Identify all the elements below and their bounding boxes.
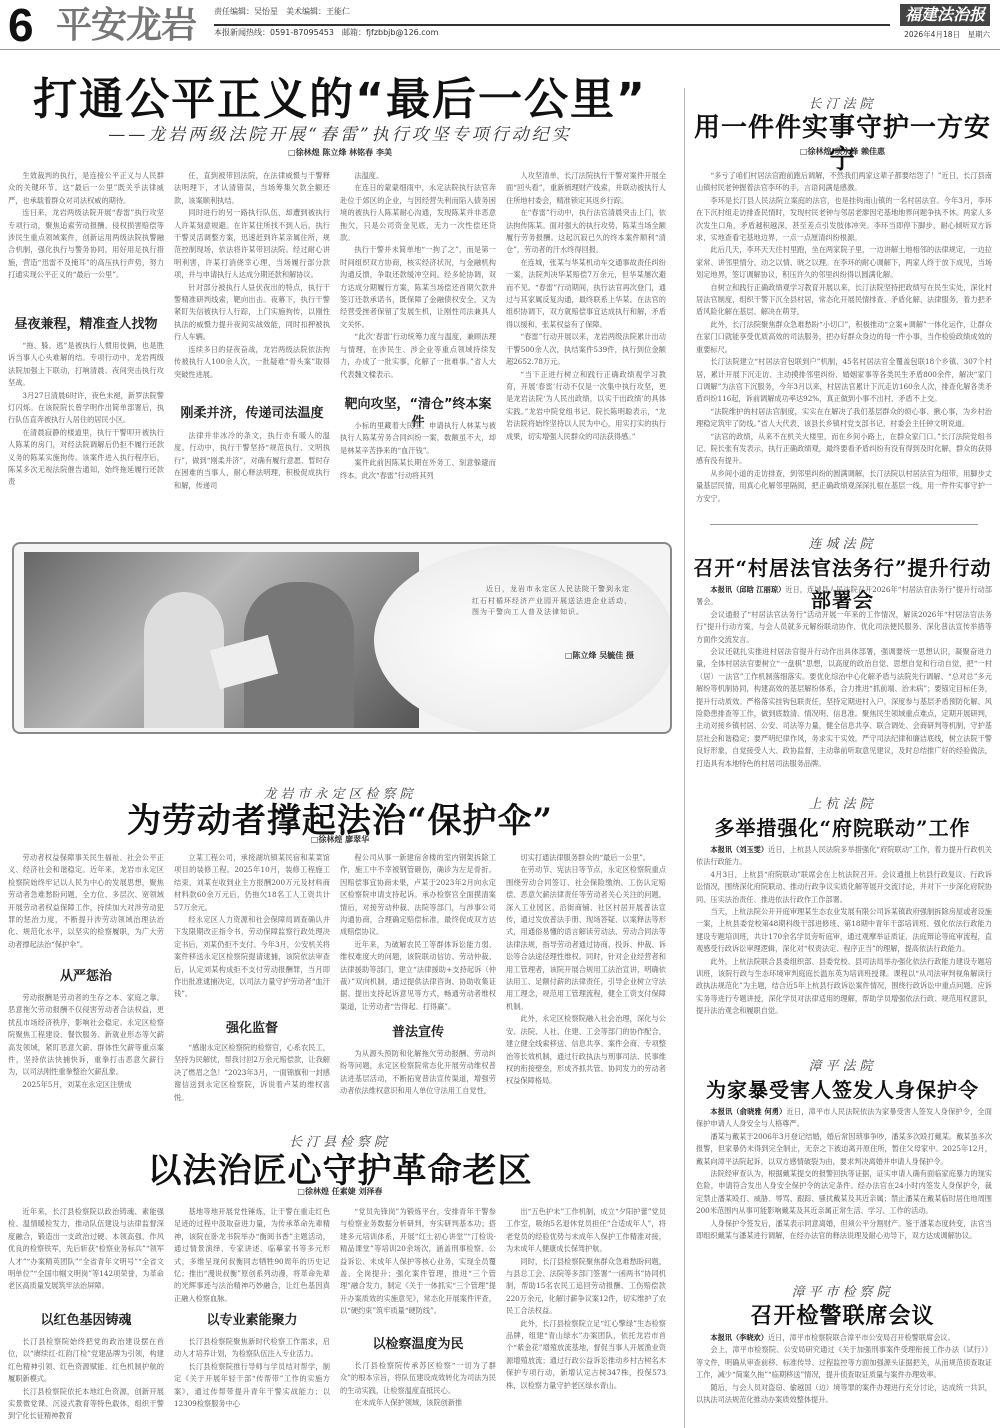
lead-subheadline: ——龙岩两级法院开展“春雷”执行攻坚专项行动纪实: [0, 124, 680, 146]
lead-subhead-2: 刚柔并济，传递司法温度: [174, 405, 330, 423]
sidebar-story-5-headline: 召开检警联席会议: [690, 1300, 995, 1332]
sidebar-story-1-byline: □徐林煌 项永锋 赖佳惠: [690, 146, 995, 158]
changting-proc-col-2: 基地等地开展党性锤炼，让干警在重走红色足迹的过程中汲取奋进力量，为传承革命先辈精…: [174, 1206, 330, 1306]
paragraph: “春雷”行动开展以来，龙岩两级法院累计出动干警500余人次，执结案件539件，执…: [506, 331, 666, 368]
yongding-subhead-2: 强化监督: [174, 1020, 330, 1038]
editors-line: 责任编辑：吴怡星 美术编辑：王能仁: [214, 6, 350, 18]
paragraph: 随后，与会人员对盗窃、偷越国（边）境等罪的案件办理进行充分讨论，达成统一共识，以…: [696, 1382, 992, 1407]
paragraph: “当下正进行树立和践行正确政绩观学习教育，开展‘春雷’行动不仅是一次集中执行攻坚…: [506, 369, 666, 443]
paragraph: 从乡间小道的走访排查，到邻里纠纷的圆满调解，长汀法院以村居法官为纽带，用脚步丈量…: [696, 468, 992, 505]
paragraph: “法院维护的村居法官制度，实实在在解决了我们基层群众的烦心事、揪心事，为乡村治理…: [696, 406, 992, 431]
paragraph: 长汀县检察院始终把党的政治建设摆在首位，以“赓续红·红韵汀检”党建品牌为引领，构…: [8, 1336, 164, 1386]
sidebar-story-1-body: “多亏了咱们村居法官跑前跑后调解，不然我们两家这辈子都要结怨了！”近日，长汀县南…: [696, 170, 992, 510]
lead-label: 本报讯（邱晗 江丽琼）: [710, 585, 785, 594]
paragraph: 出“五色护未”工作机制，成立“夕阳护蕾”党员工作室，吸纳5名退休党员担任“合适成…: [506, 1206, 666, 1256]
paragraph: 长汀县检察院传承苏区检察“一切为了群众”的根本宗旨，将队伍建设成效转化为司法为民…: [340, 1360, 496, 1397]
paragraph: 此外，永定区检察院融入社会治理，深化与公安、法院、人社、住建、工会等部门的协作配…: [506, 1013, 666, 1087]
yongding-col-1b: 劳动报酬是劳动者的生存之本、家庭之靠。恶意拖欠劳动报酬不仅侵害劳动者合法权益，更…: [8, 992, 164, 1102]
sidebar-story-2-body: 本报讯（邱晗 江丽琼）近日，连城县人民法院召开2026年“村居法官法务行”提升行…: [696, 584, 992, 810]
paragraph: “拖、躲、逃”是被执行人惯用伎俩，也是胜诉当事人心头难解的结。专项行动中，龙岩两…: [8, 340, 164, 390]
paragraph: 本报讯（刘玉雯）近日，上杭县人民法院多举措强化“府院联动”工作，着力提升行政机关…: [696, 844, 992, 869]
lead-col-3: 法温度。 在连日的蒙蒙细雨中，永定法院执行法官奔赴位于郊区的企业，与因经营失利而…: [340, 170, 496, 390]
lead-col-1b: “拖、躲、逃”是被执行人惯用伎俩，也是胜诉当事人心头难解的结。专项行动中，龙岩两…: [8, 340, 164, 530]
paragraph: 劳动者权益保障事关民生福祉、社会公平正义、经济社会和谐稳定。近年来，龙岩市永定区…: [8, 852, 164, 951]
paragraph: 在连日的蒙蒙细雨中，永定法院执行法官奔赴位于郊区的企业，与因经营失利而陷入债务困…: [340, 182, 496, 244]
changting-proc-col-1b: 长汀县检察院始终把党的政治建设摆在首位，以“赓续红·红韵汀检”党建品牌为引领，构…: [8, 1336, 164, 1424]
sidebar-divider: [684, 88, 685, 1428]
paragraph: 小标的里藏着大民生。申请执行人林某与被执行人陈某劳务合同纠纷一案，数额虽不大，却…: [340, 420, 496, 457]
paragraph: 程公司从事一新建宿舍楼的室内钢架拆除工作，施工中不幸被钢管砸伤，确诊为左足骨折。…: [340, 852, 496, 939]
sidebar-story-5-body: 本报讯（李晓欢）近日，漳平市检察院联合漳平市公安局召开检警联席会议。 会上，漳平…: [696, 1332, 992, 1426]
paragraph: 本报讯（李晓欢）近日，漳平市检察院联合漳平市公安局召开检警联席会议。: [696, 1332, 992, 1344]
paragraph: 法院经审查认为，根据戴某提交的报警回执等证据，证实申请人确有面临家庭暴力的现实危…: [696, 1168, 992, 1218]
changting-proc-col-3: “党员先锋岗”为锻炼平台，安排青年干警参与检察业务数据分析研判，夯实研判基本功；…: [340, 1206, 496, 1318]
sidebar-story-3-body: 本报讯（刘玉雯）近日，上杭县人民法院多举措强化“府院联动”工作，着力提升行政机关…: [696, 844, 992, 1040]
news-photo: [24, 552, 419, 728]
yongding-col-4: 切实打通法律服务群众的“最后一公里”。 在劳动节、宪法日等节点，永定区检察院重点…: [506, 852, 666, 1104]
lead-subhead-1: 昼夜兼程，精准查人找物: [8, 316, 164, 334]
paragraph: 3月27日清晨6时许，夜色未褪，新罗法院警灯闪烁。在该院院长曾学明作出简单部署后…: [8, 390, 164, 427]
paragraph: “法官的政绩，从来不在机关大楼里，而在乡间小路上，在群众家门口。”长汀法院党组书…: [696, 431, 992, 468]
paragraph: 在连城，张某与华某机动车交通事故责任纠纷一案，法院判决华某赔偿7万余元，但华某屡…: [506, 257, 666, 331]
changting-proc-subhead-3: 以检察温度为民: [340, 1336, 496, 1354]
issue-date: 2026年4月18日 星期六: [904, 29, 990, 41]
paragraph: 4月3日，上杭县“府院联动”联席会在上杭法院召开。会议通报上杭县行政复议、行政诉…: [696, 869, 992, 906]
paragraph: 同时进行的另一路执行队伍，却遭到被执行人许某刻意规避。在许某住所找不到人后，执行…: [174, 207, 330, 281]
paragraph: 会上，漳平市检察院、公安局研究通过《关于加强刑事案件受理衔接工作办法（试行）》等…: [696, 1344, 992, 1381]
yongding-subhead-3: 普法宣传: [340, 1024, 496, 1042]
paragraph: 立某工程公司，承接湖坑镇某民宿和某菜馆项目的装修工程。2025年10月，装修工程…: [174, 852, 330, 914]
paragraph: 法温度。: [340, 170, 496, 182]
paragraph: 会议通报了“村居法官法务行”活动开展一年来的工作情况，解读2026年“村居法官法…: [696, 609, 992, 646]
changting-proc-byline: □徐林煌 任素婕 刘泽春: [0, 1186, 680, 1198]
changting-proc-col-3b: 长汀县检察院传承苏区检察“一切为了群众”的根本宗旨，将队伍建设成效转化为司法为民…: [340, 1360, 496, 1424]
paragraph: 当天，上杭法院公开开庭审理某生态农业发展有限公司诉某镇政府强制拆除房屋或者设施一…: [696, 906, 992, 956]
changting-proc-col-2b: 长汀县检察院聚焦新时代检察工作需求，启动人才培养计划，为检察队伍注入专业活力。 …: [174, 1336, 330, 1424]
masthead-bottom-rule: [0, 49, 1000, 50]
paragraph: 此后几天，李环天天往村里跑，坐在两家院子里，一边讲解土地相邻的法律规定，一边拉家…: [696, 244, 992, 281]
lead-label: 本报讯（刘玉雯）: [710, 845, 768, 854]
lead-byline: □徐林煌 陈立烽 林铭春 李美: [0, 147, 680, 159]
changting-proc-col-1: 近年来，长汀县检察院以政治铸魂、素能强检、温情暖检发力，推动队伍建设与法律监督深…: [8, 1206, 164, 1306]
paragraph: 李环是长汀县人民法院立案庭的法官，也是挂钩南山镇的一名村居法官。今年3月，李环在…: [696, 195, 992, 245]
sidebar-story-3-headline: 多举措强化“府院联动”工作: [690, 812, 995, 844]
news-photo-frame: 近日，龙岩市永定区人民法院干警到永定红石村循环经济产业园开展送法进企业活动，图为…: [12, 542, 672, 734]
photo-credit: □陈立烽 吴毓佳 摄: [534, 650, 634, 662]
lead-col-1: 生效裁判的执行，是连接公平正义与人民群众的关键环节。这“最后一公里”既关乎法律威…: [8, 170, 164, 293]
paragraph: 长汀县检察院聚焦新时代检察工作需求，启动人才培养计划，为检察队伍注入专业活力。: [174, 1336, 330, 1361]
yongding-col-1: 劳动者权益保障事关民生福祉、社会公平正义、经济社会和谐稳定。近年来，龙岩市永定区…: [8, 852, 164, 962]
yongding-byline: □徐林煌 廖翠华: [0, 834, 680, 846]
sidebar-separator: [710, 524, 978, 525]
lead-label: 本报讯（李晓欢）: [710, 1333, 768, 1342]
sidebar-story-1-headline: 用一件件实事守护一方安宁: [690, 112, 995, 176]
section-title: 平安龙岩: [56, 4, 196, 46]
yongding-col-2: 立某工程公司，承接湖坑镇某民宿和某菜馆项目的装修工程。2025年10月，装修工程…: [174, 852, 330, 1014]
paragraph: 在“春雷”行动中，执行法官清晨突击上门，依法拘传陈某。面对强大的执行攻势，陈某当…: [506, 207, 666, 257]
photo-caption: 近日，龙岩市永定区人民法院干警到永定红石村循环经济产业园开展送法进企业活动，图为…: [472, 584, 632, 619]
changting-proc-subhead-1: 以红色基因铸魂: [8, 1312, 164, 1330]
paragraph: 长汀县检察院推行导师与学员结对帮学，制定《关于开展年轻干部“传帮带”工作的实施方…: [174, 1361, 330, 1411]
paragraph: 任，直到被带回法院，在法律威慑与干警释法明理下，才认清错误，当场筹集欠款全额还款…: [174, 170, 330, 207]
lead-col-3b: 小标的里藏着大民生。申请执行人林某与被执行人陈某劳务合同纠纷一案，数额虽不大，却…: [340, 420, 496, 530]
paragraph: 同时，长汀县检察院聚焦群众急难愁盼问题，与县总工会、法院等多部门签署“一函两书”…: [506, 1256, 666, 1318]
paragraph: 本报讯（邱晗 江丽琼）近日，连城县人民法院召开2026年“村居法官法务行”提升行…: [696, 584, 992, 609]
paragraph: 长汀县检察院依托本地红色资源，创新开展实景微党课、沉浸式教育等特色载体，组织干警…: [8, 1386, 164, 1423]
paragraph: 生效裁判的执行，是连接公平正义与人民群众的关键环节。这“最后一公里”既关乎法律威…: [8, 170, 164, 207]
paragraph: 案件此前因陈某长期在外务工、刻意躲避而终本。此次“春雷”行动将其列: [340, 457, 496, 482]
paragraph: 近年来，长汀县检察院以政治铸魂、素能强检、温情暖检发力，推动队伍建设与法律监督深…: [8, 1206, 164, 1293]
paragraph: 此外，长汀县检察院立足“红心擎绿”生态检察品牌，组建“青山绿水”办案团队，依托龙…: [506, 1318, 666, 1392]
paragraph: 人身保护令签发后，潘某表示同意离婚，但须公平分割财产。鉴于潘某态度转变，法官当即…: [696, 1218, 992, 1243]
paragraph: 此外，上杭法院联合县委组织部、县委党校、县司法局举办强化依法行政能力建设专题培训…: [696, 956, 992, 1018]
caption-background: [374, 544, 672, 734]
paragraph: 长汀法院建立“村居法官包联到户”机制，45名村居法官全覆盖包联18个乡镇、307…: [696, 356, 992, 406]
lead-headline: 打通公平正义的“最后一公里”: [0, 72, 680, 128]
lead-col-2b: 法律并非冰冷的条文，执行亦有暖人的温度。行动中，执行干警坚持“规范执行、文明执行…: [174, 430, 330, 530]
yongding-subhead-1: 从严惩治: [8, 968, 164, 986]
paragraph: 执行干警并未简单地“一拘了之”，而是第一时间组织双方协商，核实经济状况，与金融机…: [340, 244, 496, 331]
changting-proc-subhead-2: 以专业素能聚力: [174, 1312, 330, 1330]
lead-text: 近日，漳平市检察院联合漳平市公安局召开检警联席会议。: [768, 1333, 955, 1342]
paragraph: 此外，长汀法院聚焦群众急难愁盼“小切口”，积极推动“立案+调解”一体化运作，让群…: [696, 319, 992, 356]
page-number: 6: [8, 0, 34, 50]
paragraph: “党员先锋岗”为锻炼平台，安排青年干警参与检察业务数据分析研判，夯实研判基本功；…: [340, 1206, 496, 1318]
paragraph: 连续多日的昼夜奋战，龙岩两级法院依法拘传被执行人100余人次，一批疑难“骨头案”…: [174, 344, 330, 380]
lead-label: 本报讯（俞晓雅 何勇）: [710, 1107, 786, 1116]
paragraph: 为从源头预防和化解拖欠劳动报酬、劳动纠纷等问题，永定区检察院常态化开展劳动维权普…: [340, 1048, 496, 1098]
paragraph: 本报讯（俞晓雅 何勇）近日，漳平市人民法院依法为家暴受害人签发人身保护令，全面保…: [696, 1106, 992, 1131]
masthead-rule: [214, 24, 890, 26]
paragraph: “感谢永定区检察院的检察官，心系农民工，坚持为民解忧，帮我讨回2万余元赔偿款，让…: [174, 1042, 330, 1104]
paragraph: 会议还就扎实推进村居法官提升行动作出具体部署，强调要统一思想认识，凝聚奋进力量，…: [696, 646, 992, 770]
sidebar-story-4-body: 本报讯（俞晓雅 何勇）近日，漳平市人民法院依法为家暴受害人签发人身保护令，全面保…: [696, 1106, 992, 1256]
paragraph: 在劳动节、宪法日等节点，永定区检察院重点围绕劳动合同签订、社会保险缴纳、工伤认定…: [506, 864, 666, 1013]
sidebar-story-4-headline: 为家暴受害人签发人身保护令: [690, 1074, 995, 1106]
lead-col-4: 人攻坚清单，长汀法院执行干警对案件开展全面“回头看”，重新梳理财产线索，并联动被…: [506, 170, 666, 480]
paragraph: 在清晨寂静的楼道里，执行干警叩开被执行人陈某的房门，对经法院调解后仍拒不履行还款…: [8, 427, 164, 489]
paragraph: 劳动报酬是劳动者的生存之本、家庭之靠。恶意拖欠劳动报酬不仅侵害劳动者合法权益，更…: [8, 992, 164, 1079]
paragraph: 近年来，为破解农民工等群体诉讼能力弱、维权难度大的问题，该院联动信访、劳动仲裁、…: [340, 939, 496, 1013]
lead-col-2: 任，直到被带回法院，在法律威慑与干警释法明理下，才认清错误，当场筹集欠款全额还款…: [174, 170, 330, 380]
paragraph: 2025年5月，刘某在永定区注册成: [8, 1079, 164, 1091]
yongding-col-3: 程公司从事一新建宿舍楼的室内钢架拆除工作，施工中不幸被钢管砸伤，确诊为左足骨折。…: [340, 852, 496, 1014]
paragraph: 连日来，龙岩两级法院开展“春雷”执行攻坚专项行动，聚焦追索劳动报酬、侵权损害赔偿…: [8, 207, 164, 281]
newspaper-logo: 福建法治报: [900, 4, 990, 26]
paragraph: 在未成年人保护领域，该院创新推: [340, 1397, 496, 1409]
yongding-col-2b: “感谢永定区检察院的检察官，心系农民工，坚持为民解忧，帮我讨回2万余元赔偿款，让…: [174, 1042, 330, 1104]
masthead: 6 平安龙岩 责任编辑：吴怡星 美术编辑：王能仁 本报新闻热线：0591-870…: [0, 0, 1000, 50]
paragraph: 法律并非冰冷的条文，执行亦有暖人的温度。行动中，执行干警坚持“规范执行、文明执行…: [174, 430, 330, 492]
paragraph: 潘某与戴某于2006年3月登记结婚，婚后常因琐事争吵，潘某多次殴打戴某。戴某虽多…: [696, 1131, 992, 1168]
paragraph: 人攻坚清单，长汀法院执行干警对案件开展全面“回头看”，重新梳理财产线索，并联动被…: [506, 170, 666, 207]
paragraph: 经永定区人力资源和社会保障局调查确认并下发限期改正指令书、劳动保障监察行政处理决…: [174, 914, 330, 1001]
paragraph: 针对部分被执行人昼伏夜出的特点，执行干警精准研判线索，靶向出击。夜幕下，执行干警…: [174, 282, 330, 344]
yongding-col-3b: 为从源头预防和化解拖欠劳动报酬、劳动纠纷等问题，永定区检察院常态化开展劳动维权普…: [340, 1048, 496, 1104]
paragraph: “多亏了咱们村居法官跑前跑后调解，不然我们两家这辈子都要结怨了！”近日，长汀县南…: [696, 170, 992, 195]
paragraph: “此次‘春雷’行动统筹力度与温度，兼顾法理与情理，在涉民生、涉企业等重点领域持续…: [340, 331, 496, 381]
paragraph: 基地等地开展党性锤炼，让干警在重走红色足迹的过程中汲取奋进力量，为传承革命先辈精…: [174, 1206, 330, 1305]
paragraph: 自树立和践行正确政绩观学习教育开展以来，长汀法院坚持把政绩写在民生实处，深化村居…: [696, 282, 992, 319]
paragraph: 切实打通法律服务群众的“最后一公里”。: [506, 852, 666, 864]
contact-line: 本报新闻热线：0591-87095453 邮箱：fjfzbbjb@126.com: [214, 27, 438, 39]
changting-proc-col-4: 出“五色护未”工作机制，成立“夕阳护蕾”党员工作室，吸纳5名退休党员担任“合适成…: [506, 1206, 666, 1424]
